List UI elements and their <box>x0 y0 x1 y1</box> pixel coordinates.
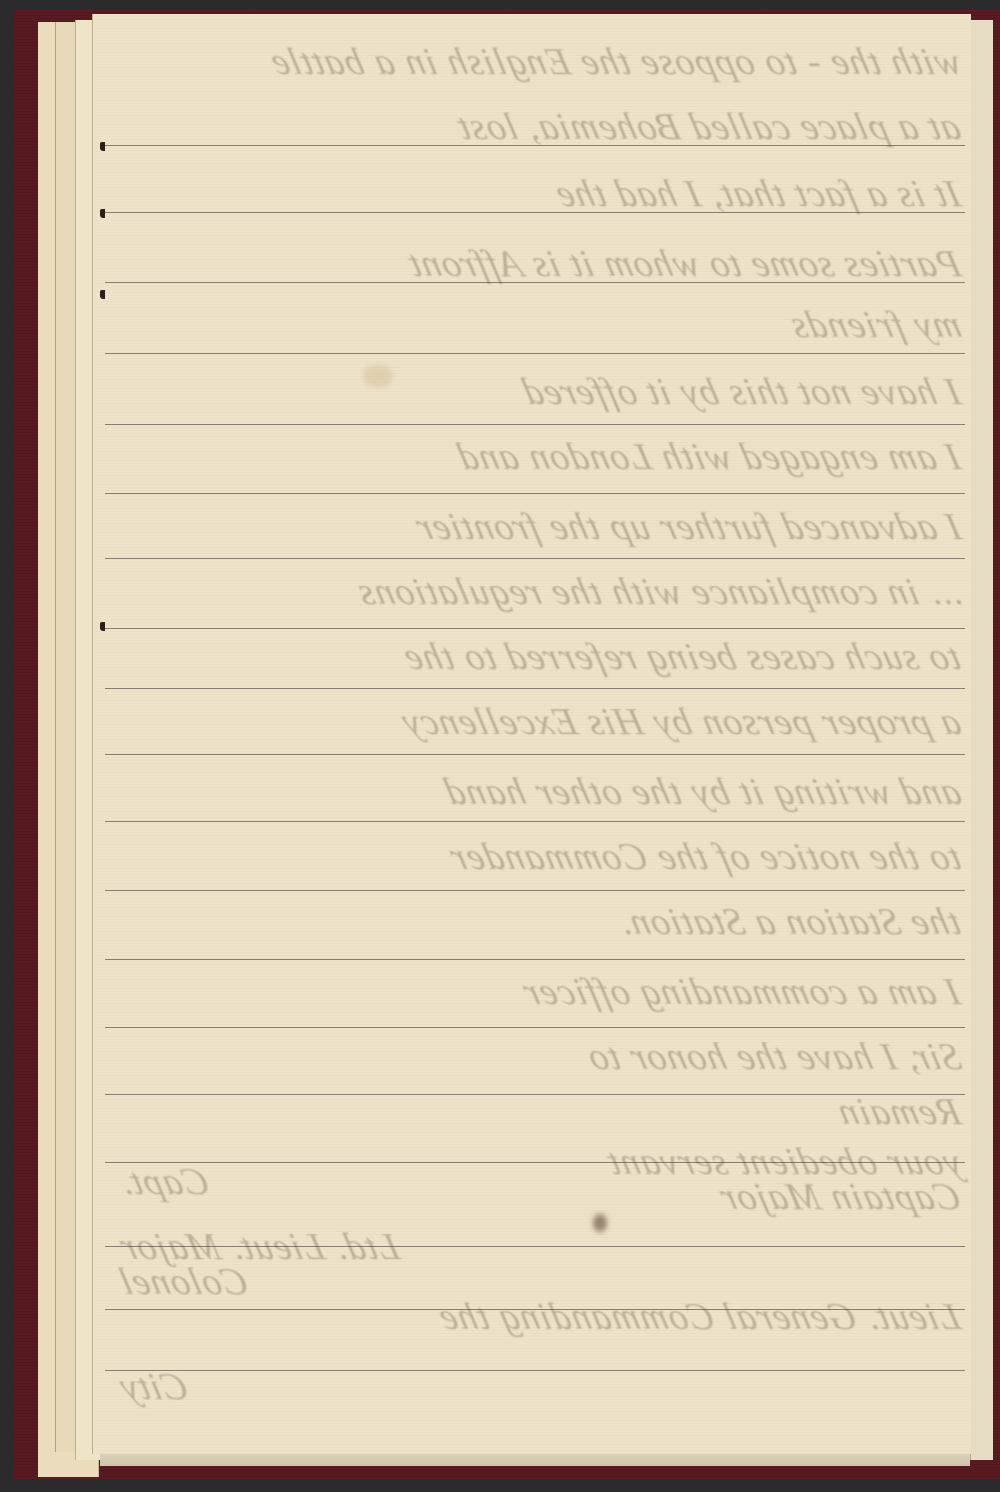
ink-blot <box>593 1214 607 1232</box>
bleed-through-line: at a place called Bohemia, lost <box>453 105 966 149</box>
bleed-through-line: I have not this by it offered <box>517 370 965 414</box>
bleed-through-line: and writing it by the other hand <box>439 770 965 814</box>
bleed-through-line: to such cases being referred to the <box>399 635 966 679</box>
margin-ink-mark <box>100 142 105 151</box>
ruled-line <box>105 1370 965 1371</box>
bleed-through-line: I advanced further up the frontier <box>410 505 965 549</box>
bleed-through-line: the Station a Station. <box>614 900 966 944</box>
ruled-line <box>105 628 965 629</box>
ruled-line <box>105 353 965 354</box>
bleed-through-line: Lieut. General Commanding the <box>434 1295 966 1339</box>
bleed-through-line: with the - to oppose the English in a ba… <box>266 40 966 84</box>
ruled-line <box>105 890 965 891</box>
ruled-line <box>105 424 965 425</box>
bleed-through-line: It is a fact that, I had the <box>551 172 966 216</box>
bleed-through-line: to the notice of the Commander <box>444 835 965 879</box>
bleed-through-line: my friends <box>785 303 965 347</box>
ruled-line <box>105 558 965 559</box>
facing-page-edge <box>970 20 993 1460</box>
bleed-through-line: I am engaged with London and <box>453 435 966 479</box>
bleed-through-line: ... in compliance with the regulations <box>352 570 965 614</box>
bleed-through-line: Capt. <box>115 1160 214 1204</box>
bleed-through-line: Captain Major <box>715 1175 966 1219</box>
foxing-stain <box>363 364 393 388</box>
bleed-through-line: Parties some to whom it is Affront <box>403 242 965 286</box>
bleed-through-line: a proper person by His Excellency <box>396 700 965 744</box>
bleed-through-line: I am a commanding officer <box>518 970 966 1014</box>
ruled-line <box>105 493 965 494</box>
ruled-line <box>105 1027 965 1028</box>
margin-ink-mark <box>100 209 105 218</box>
bleed-through-line: City <box>115 1365 193 1409</box>
bleed-through-line: Colonel <box>115 1260 253 1304</box>
bleed-through-line: Sir, I have the honor to <box>582 1035 965 1079</box>
bleed-through-line: Remain <box>832 1090 965 1134</box>
ruled-line <box>105 754 965 755</box>
ruled-line <box>105 821 965 822</box>
ruled-line <box>105 959 965 960</box>
ruled-line <box>105 688 965 689</box>
margin-ink-mark <box>100 290 105 299</box>
margin-ink-mark <box>100 622 105 631</box>
